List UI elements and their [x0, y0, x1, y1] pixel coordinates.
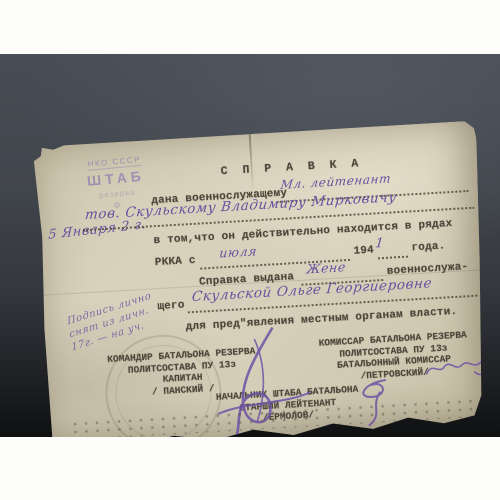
body-line-2-suffix: года. [411, 240, 446, 254]
handwritten-month: июля [219, 243, 258, 260]
dotted-line [378, 253, 408, 260]
body-line-2-prefix: РККА с [155, 255, 196, 269]
handwritten-rank: Мл. лейтенант [280, 171, 392, 191]
ink-signature-petrovskiy [424, 354, 493, 382]
handwritten-year-digit: 1 [374, 236, 384, 252]
handwritten-relation: Жене [306, 259, 347, 276]
body-line-2-year: 194 [353, 245, 374, 258]
page: НКО СССР ШТАБ резерва Ф. 5 Января 2 г. С… [0, 0, 500, 500]
document-paper: НКО СССР ШТАБ резерва Ф. 5 Января 2 г. С… [33, 120, 493, 437]
photo-of-document: НКО СССР ШТАБ резерва Ф. 5 Января 2 г. С… [0, 54, 500, 437]
